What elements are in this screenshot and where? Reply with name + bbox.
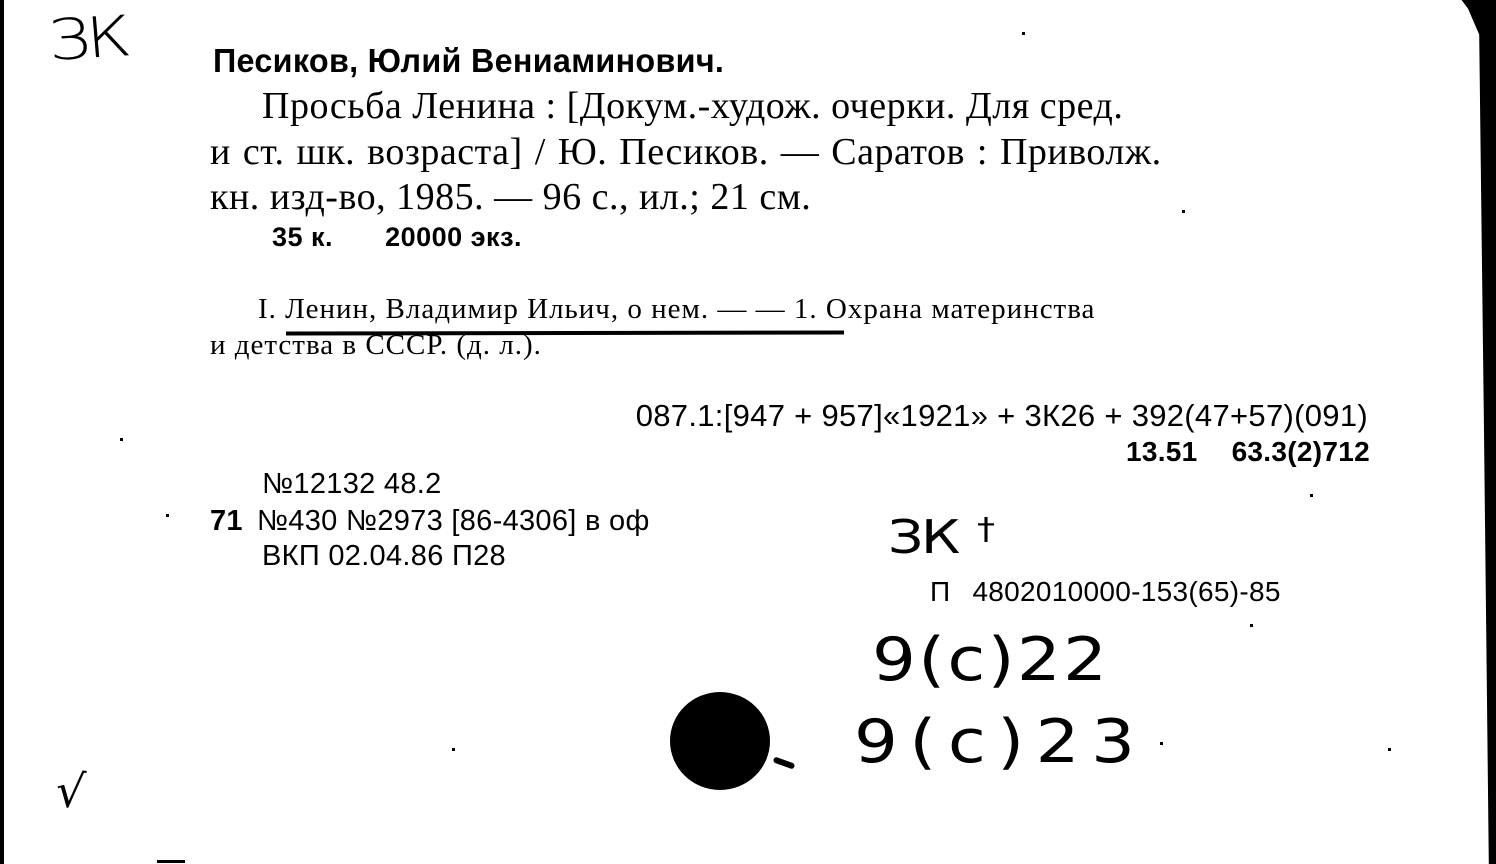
print-run: 20000 экз. [385, 222, 522, 252]
book-chamber-line-2: 71№430 №2973 [86-4306] в оф [210, 507, 650, 536]
handwritten-call-number-2: 9(c)23 [854, 712, 1146, 772]
book-chamber-line-3: ВКП 02.04.86 П28 [262, 542, 506, 571]
bbk-classification: 13.5163.3(2)712 [1126, 438, 1370, 466]
tracing-line-1: I. Ленин, Владимир Ильич, о нем. — — 1. … [258, 295, 1095, 324]
description-line-2: и ст. шк. возраста] / Ю. Песиков. — Сара… [210, 133, 1162, 171]
bbk-code-1: 13.51 [1126, 436, 1198, 467]
description-line-3: кн. изд-во, 1985. — 96 с., ил.; 21 см. [210, 178, 811, 216]
edge-mark [157, 860, 185, 863]
speck [1022, 32, 1025, 35]
card-left-edge [0, 0, 4, 864]
handwritten-call-number-1: 9(c)22 [872, 630, 1109, 690]
pen-underline [286, 331, 844, 336]
book-chamber-number: 71 [210, 505, 243, 537]
dagger-mark: † [977, 512, 993, 547]
catalog-card: ЗК Песиков, Юлий Вениаминович. Просьба Л… [0, 0, 1496, 864]
tracing-line-2: и детства в СССР. (д. л.). [210, 331, 542, 360]
speck [452, 748, 455, 751]
speck [1310, 494, 1313, 497]
speck [1250, 624, 1253, 627]
ink-smudge [773, 756, 796, 769]
speck [1182, 210, 1185, 213]
book-chamber-line-2-text: №430 №2973 [86-4306] в оф [257, 505, 650, 537]
author-heading: Песиков, Юлий Вениаминович. [213, 44, 724, 77]
handwritten-mark-top-left: ЗК [46, 9, 129, 69]
bbk-code-2: 63.3(2)712 [1232, 436, 1370, 467]
speck [1160, 742, 1163, 745]
punch-hole-icon [670, 692, 770, 790]
handwritten-zk: ЗК [888, 510, 958, 564]
price: 35 к. [272, 222, 333, 252]
check-mark-icon: √ [54, 767, 86, 815]
speck [120, 438, 123, 441]
speck [1388, 748, 1391, 751]
publisher-code-prefix: П [930, 576, 950, 607]
speck [166, 514, 169, 517]
udc-classification: 087.1:[947 + 957]«1921» + 3К26 + 392(47+… [636, 400, 1368, 431]
handwritten-mark-middle: ЗК† [888, 514, 993, 560]
book-chamber-line-1: №12132 48.2 [262, 470, 442, 499]
publisher-code: П4802010000-153(65)-85 [930, 578, 1281, 606]
publisher-code-value: 4802010000-153(65)-85 [972, 576, 1280, 607]
description-line-1: Просьба Ленина : [Докум.-худож. очерки. … [262, 87, 1123, 125]
card-right-edge-shadow [1456, 0, 1496, 864]
price-line: 35 к.20000 экз. [272, 224, 522, 251]
